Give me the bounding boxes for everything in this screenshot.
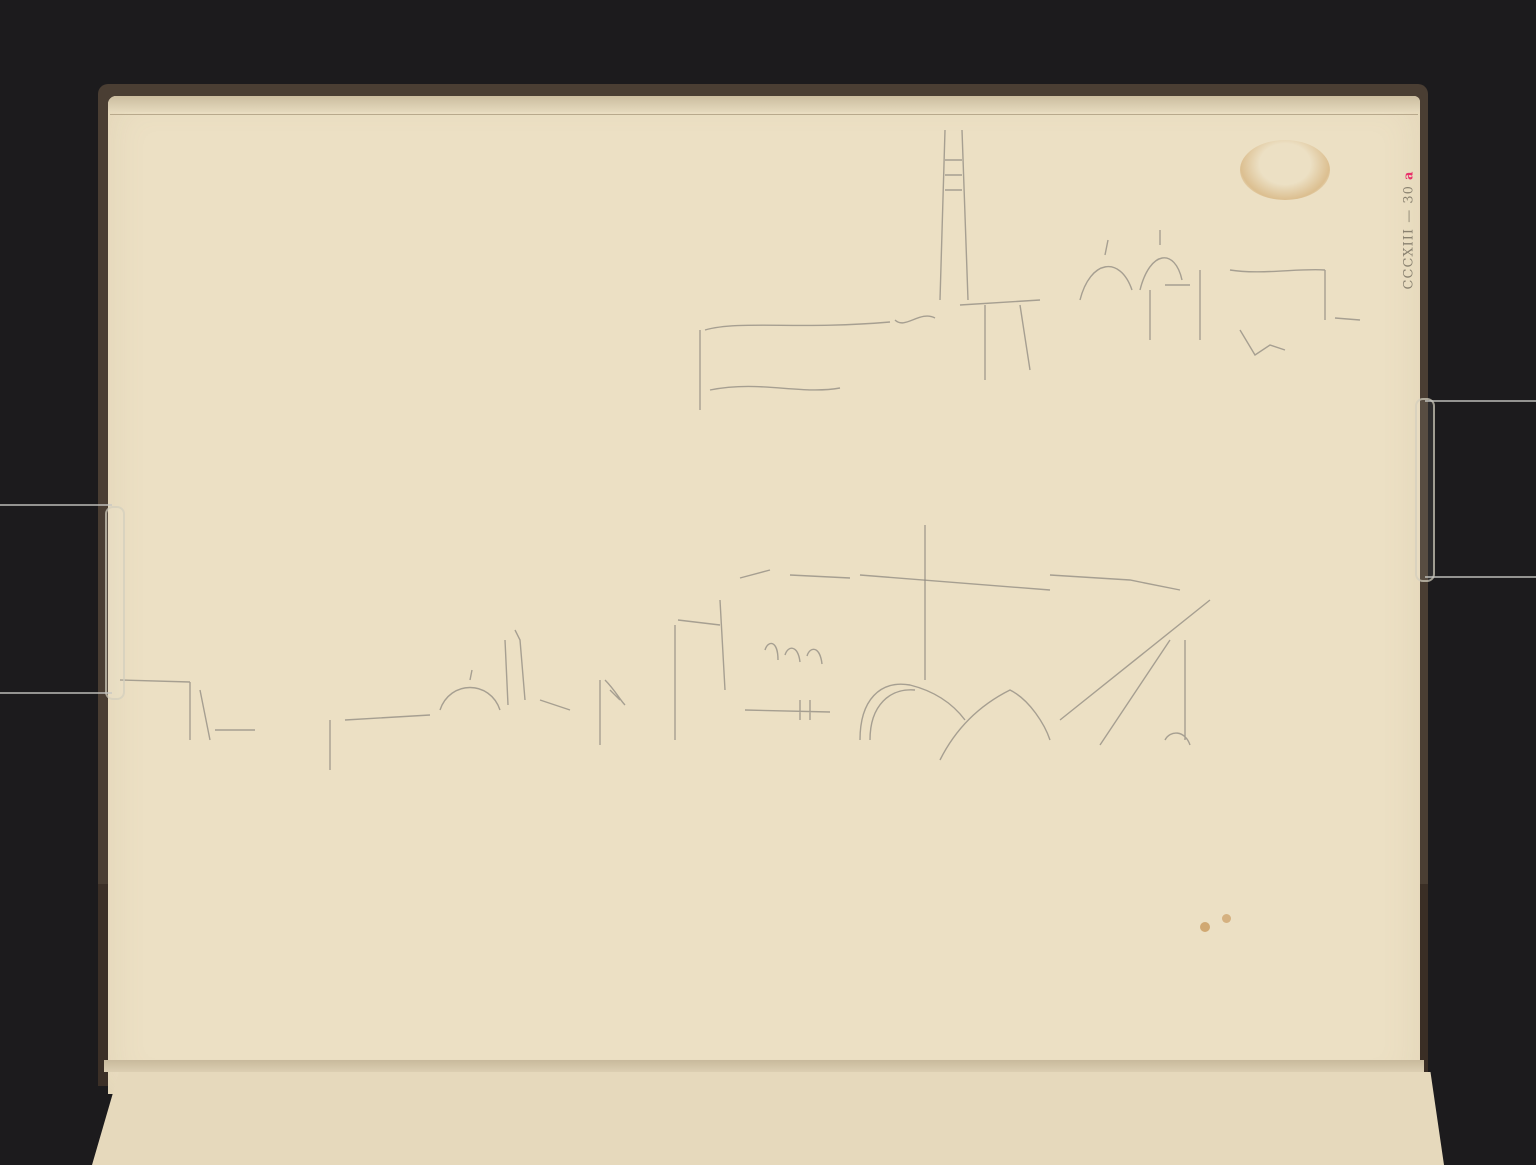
upper-sketch (700, 130, 1360, 410)
lower-sketch (120, 525, 1210, 770)
clip-wire (0, 504, 112, 506)
clip-wire (0, 692, 112, 694)
page-clip-right (1415, 398, 1435, 582)
page-clip-left (105, 506, 125, 700)
clip-wire (1425, 400, 1536, 402)
pencil-sketches (0, 0, 1536, 1165)
clip-wire (1425, 576, 1536, 578)
